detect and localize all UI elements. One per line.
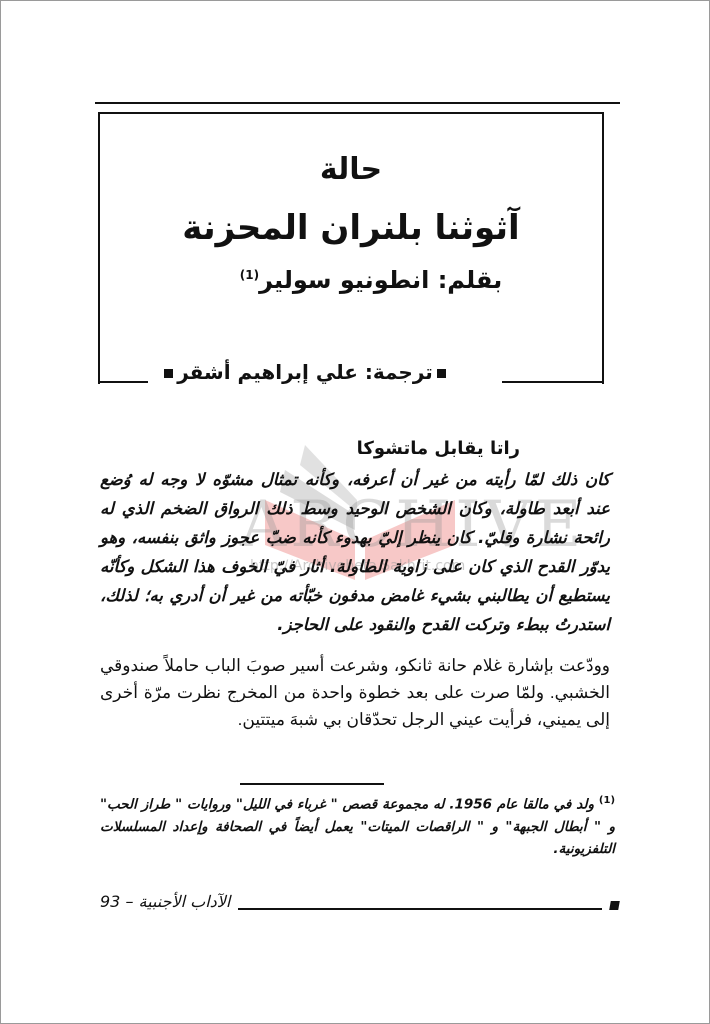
page-footer: الآداب الأجنبية – 93: [100, 892, 620, 916]
author-footnote-mark: (1): [240, 268, 259, 282]
footnote-text: ولد في مالقا عام 1956. له مجموعة قصص " غ…: [100, 797, 615, 857]
footnote: (1) ولد في مالقا عام 1956. له مجموعة قصص…: [100, 790, 615, 860]
journal-name: الآداب الأجنبية: [139, 892, 231, 911]
footer-rule: [238, 908, 602, 910]
author-line: بقلم: انطونيو سولير(1): [98, 266, 604, 294]
translator-name: ترجمة: علي إبراهيم أشقر: [177, 360, 433, 384]
genre-label: حالة: [98, 152, 604, 187]
footer-label: الآداب الأجنبية – 93: [100, 892, 230, 911]
square-bullet-icon: [609, 901, 620, 910]
footnote-separator: [240, 783, 384, 785]
paragraph-1: كان ذلك لمّا رأيته من غير أن أعرفه، وكأن…: [100, 465, 610, 639]
author-name: بقلم: انطونيو سولير: [259, 266, 502, 294]
story-title: آثوثنا بلنران المحزنة: [98, 208, 604, 248]
top-rule: [95, 102, 620, 104]
title-box-bottom-right: [502, 381, 602, 383]
footnote-mark: (1): [599, 795, 615, 806]
title-box-bottom-left: [98, 381, 148, 383]
square-bullet-icon: [437, 369, 446, 378]
paragraph-2: وودّعت بإشارة غلام حانة ثانكو، وشرعت أسي…: [100, 652, 610, 733]
translator-line: ترجمة: علي إبراهيم أشقر: [160, 360, 450, 384]
section-subheading: راتا يقابل ماتشوكا: [357, 438, 520, 459]
page-number: 93: [100, 892, 120, 911]
footer-separator: –: [125, 892, 133, 911]
square-bullet-icon: [164, 369, 173, 378]
